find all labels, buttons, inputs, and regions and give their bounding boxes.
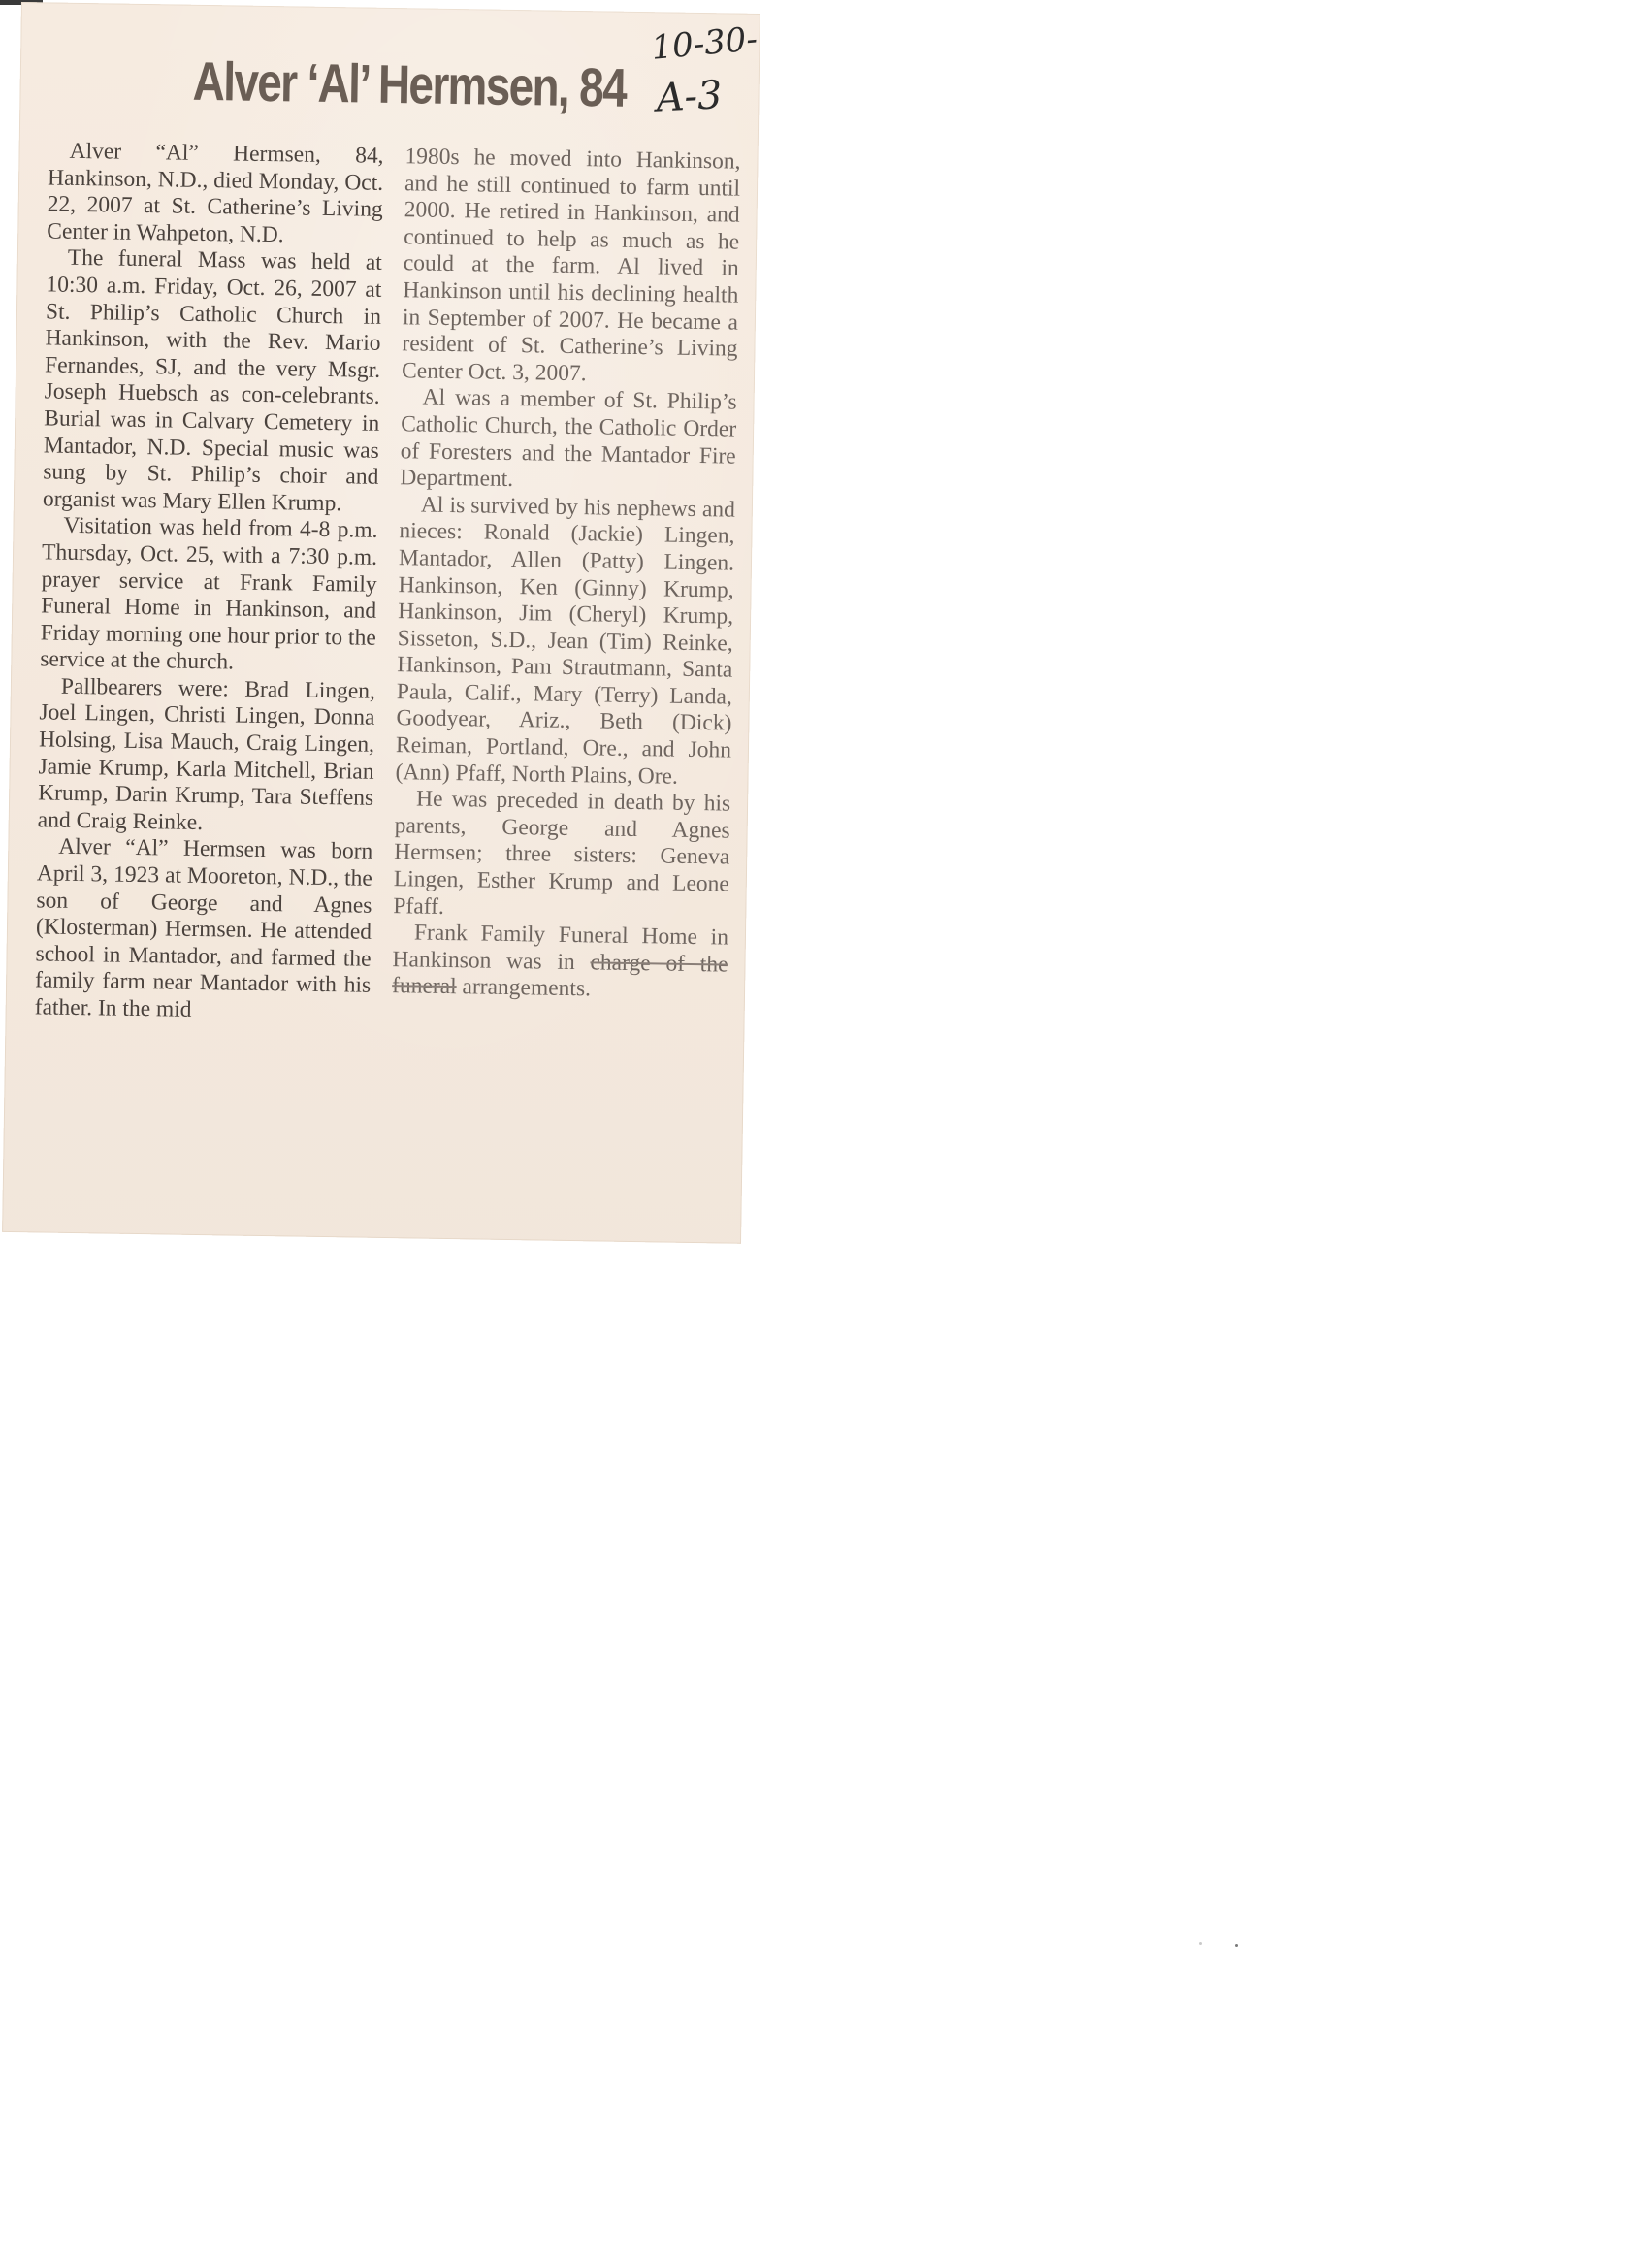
newspaper-clipping: Alver ‘Al’ Hermsen, 84 10-30- A-3 Alver …	[2, 2, 760, 1244]
arrangements-text: arrangements.	[456, 975, 591, 1002]
paragraph-birth-biography: Alver “Al” Hermsen was born April 3, 192…	[34, 834, 372, 1027]
paragraph-visitation: Visitation was held from 4-8 p.m. Thursd…	[40, 513, 378, 679]
paragraph-memberships: Al was a member of St. Philip’s Catholic…	[400, 385, 737, 498]
right-column: 1980s he moved into Hankinson, and he st…	[391, 144, 740, 1032]
scan-speck	[1235, 1944, 1238, 1947]
paragraph-funeral-home: Frank Family Funeral Home in Hankinson w…	[392, 920, 728, 1005]
paragraph-death-notice: Alver “Al” Hermsen, 84, Hankinson, N.D.,…	[47, 138, 384, 250]
article-columns: Alver “Al” Hermsen, 84, Hankinson, N.D.,…	[34, 138, 741, 1032]
paragraph-pallbearers: Pallbearers were: Brad Lingen, Joel Ling…	[38, 673, 376, 839]
scan-speck	[1199, 1942, 1202, 1945]
paragraph-preceded-in-death: He was preceded in death by his parents,…	[393, 786, 730, 924]
handwritten-date-note: 10-30-	[650, 19, 760, 68]
paragraph-survivors: Al is survived by his nephews and nieces…	[395, 492, 735, 792]
left-column: Alver “Al” Hermsen, 84, Hankinson, N.D.,…	[34, 138, 383, 1026]
obituary-headline: Alver ‘Al’ Hermsen, 84	[192, 49, 626, 119]
handwritten-page-note: A-3	[655, 73, 723, 121]
headline-row: Alver ‘Al’ Hermsen, 84 10-30- A-3	[19, 39, 760, 138]
paragraph-funeral-mass: The funeral Mass was held at 10:30 a.m. …	[43, 245, 382, 518]
paragraph-biography-continued: 1980s he moved into Hankinson, and he st…	[402, 144, 741, 390]
